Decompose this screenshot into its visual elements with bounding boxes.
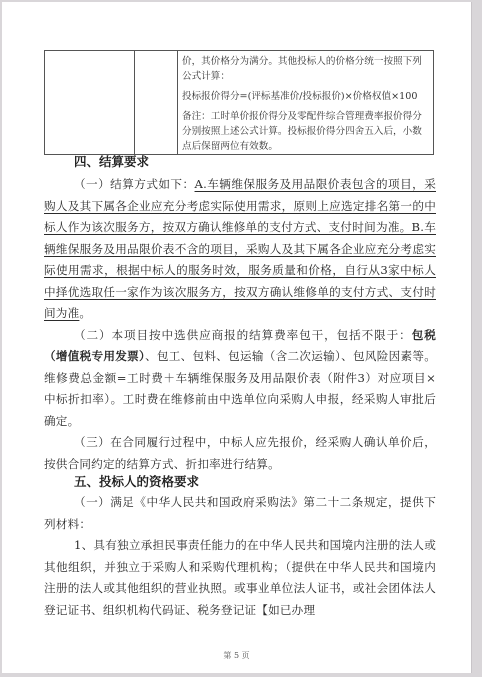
settlement-paragraph-2: （二）本项目按中选供应商报的结算费率包干，包括不限于：包税（增值税专用发票）、包… [44,325,436,433]
settlement-paragraph-1: （一）结算方式如下：A.车辆维保服务及用品限价表包含的项目，采购人及其下属各企业… [44,174,436,325]
price-score-formula: 投标报价得分=(评标基准价/投标报价)×价格权值×100 [182,89,430,104]
scoring-table: 价，其价格分为满分。其他投标人的价格分统一按照下列公式计算： 投标报价得分=(评… [44,50,434,155]
price-score-text: 价，其价格分为满分。其他投标人的价格分统一按照下列公式计算： [182,54,430,84]
section-qualification-body: （一）满足《中华人民共和国政府采购法》第二十二条规定，提供下列材料： 1、具有独… [44,492,436,621]
settlement-p1-underlined: A.车辆维保服务及用品限价表包含的项目，采购人及其下属各企业应充分考虑实际使用需… [44,177,436,320]
section-heading-settlement: 四、结算要求 [74,152,149,170]
price-score-note: 备注：工时单价报价得分及零配件综合管理费率报价得分分别按照上述公式计算。投标报价… [182,109,430,154]
qualification-paragraph-2: 1、具有独立承担民事责任能力的在中华人民共和国境内注册的法人或其他组织，并独立于… [44,535,436,621]
page-number: 第 5 页 [2,650,471,661]
settlement-paragraph-3: （三）在合同履行过程中，中标人应先报价，经采购人确认单价后，按供合同约定的结算方… [44,432,436,475]
section-settlement-body: （一）结算方式如下：A.车辆维保服务及用品限价表包含的项目，采购人及其下属各企业… [44,174,436,475]
section-heading-qualification: 五、投标人的资格要求 [74,472,199,490]
settlement-p1-prefix: （一）结算方式如下： [74,177,195,191]
document-page: 价，其价格分为满分。其他投标人的价格分统一按照下列公式计算： 投标报价得分=(评… [2,2,472,673]
settlement-p1-suffix: 。 [79,306,91,320]
table-cell-empty-1 [45,51,135,155]
qualification-paragraph-1: （一）满足《中华人民共和国政府采购法》第二十二条规定，提供下列材料： [44,492,436,535]
table-row: 价，其价格分为满分。其他投标人的价格分统一按照下列公式计算： 投标报价得分=(评… [45,51,434,155]
table-cell-price-formula: 价，其价格分为满分。其他投标人的价格分统一按照下列公式计算： 投标报价得分=(评… [178,51,434,155]
settlement-p2-prefix: （二）本项目按中选供应商报的结算费率包干，包括不限于： [74,328,412,342]
table-cell-empty-2 [135,51,178,155]
